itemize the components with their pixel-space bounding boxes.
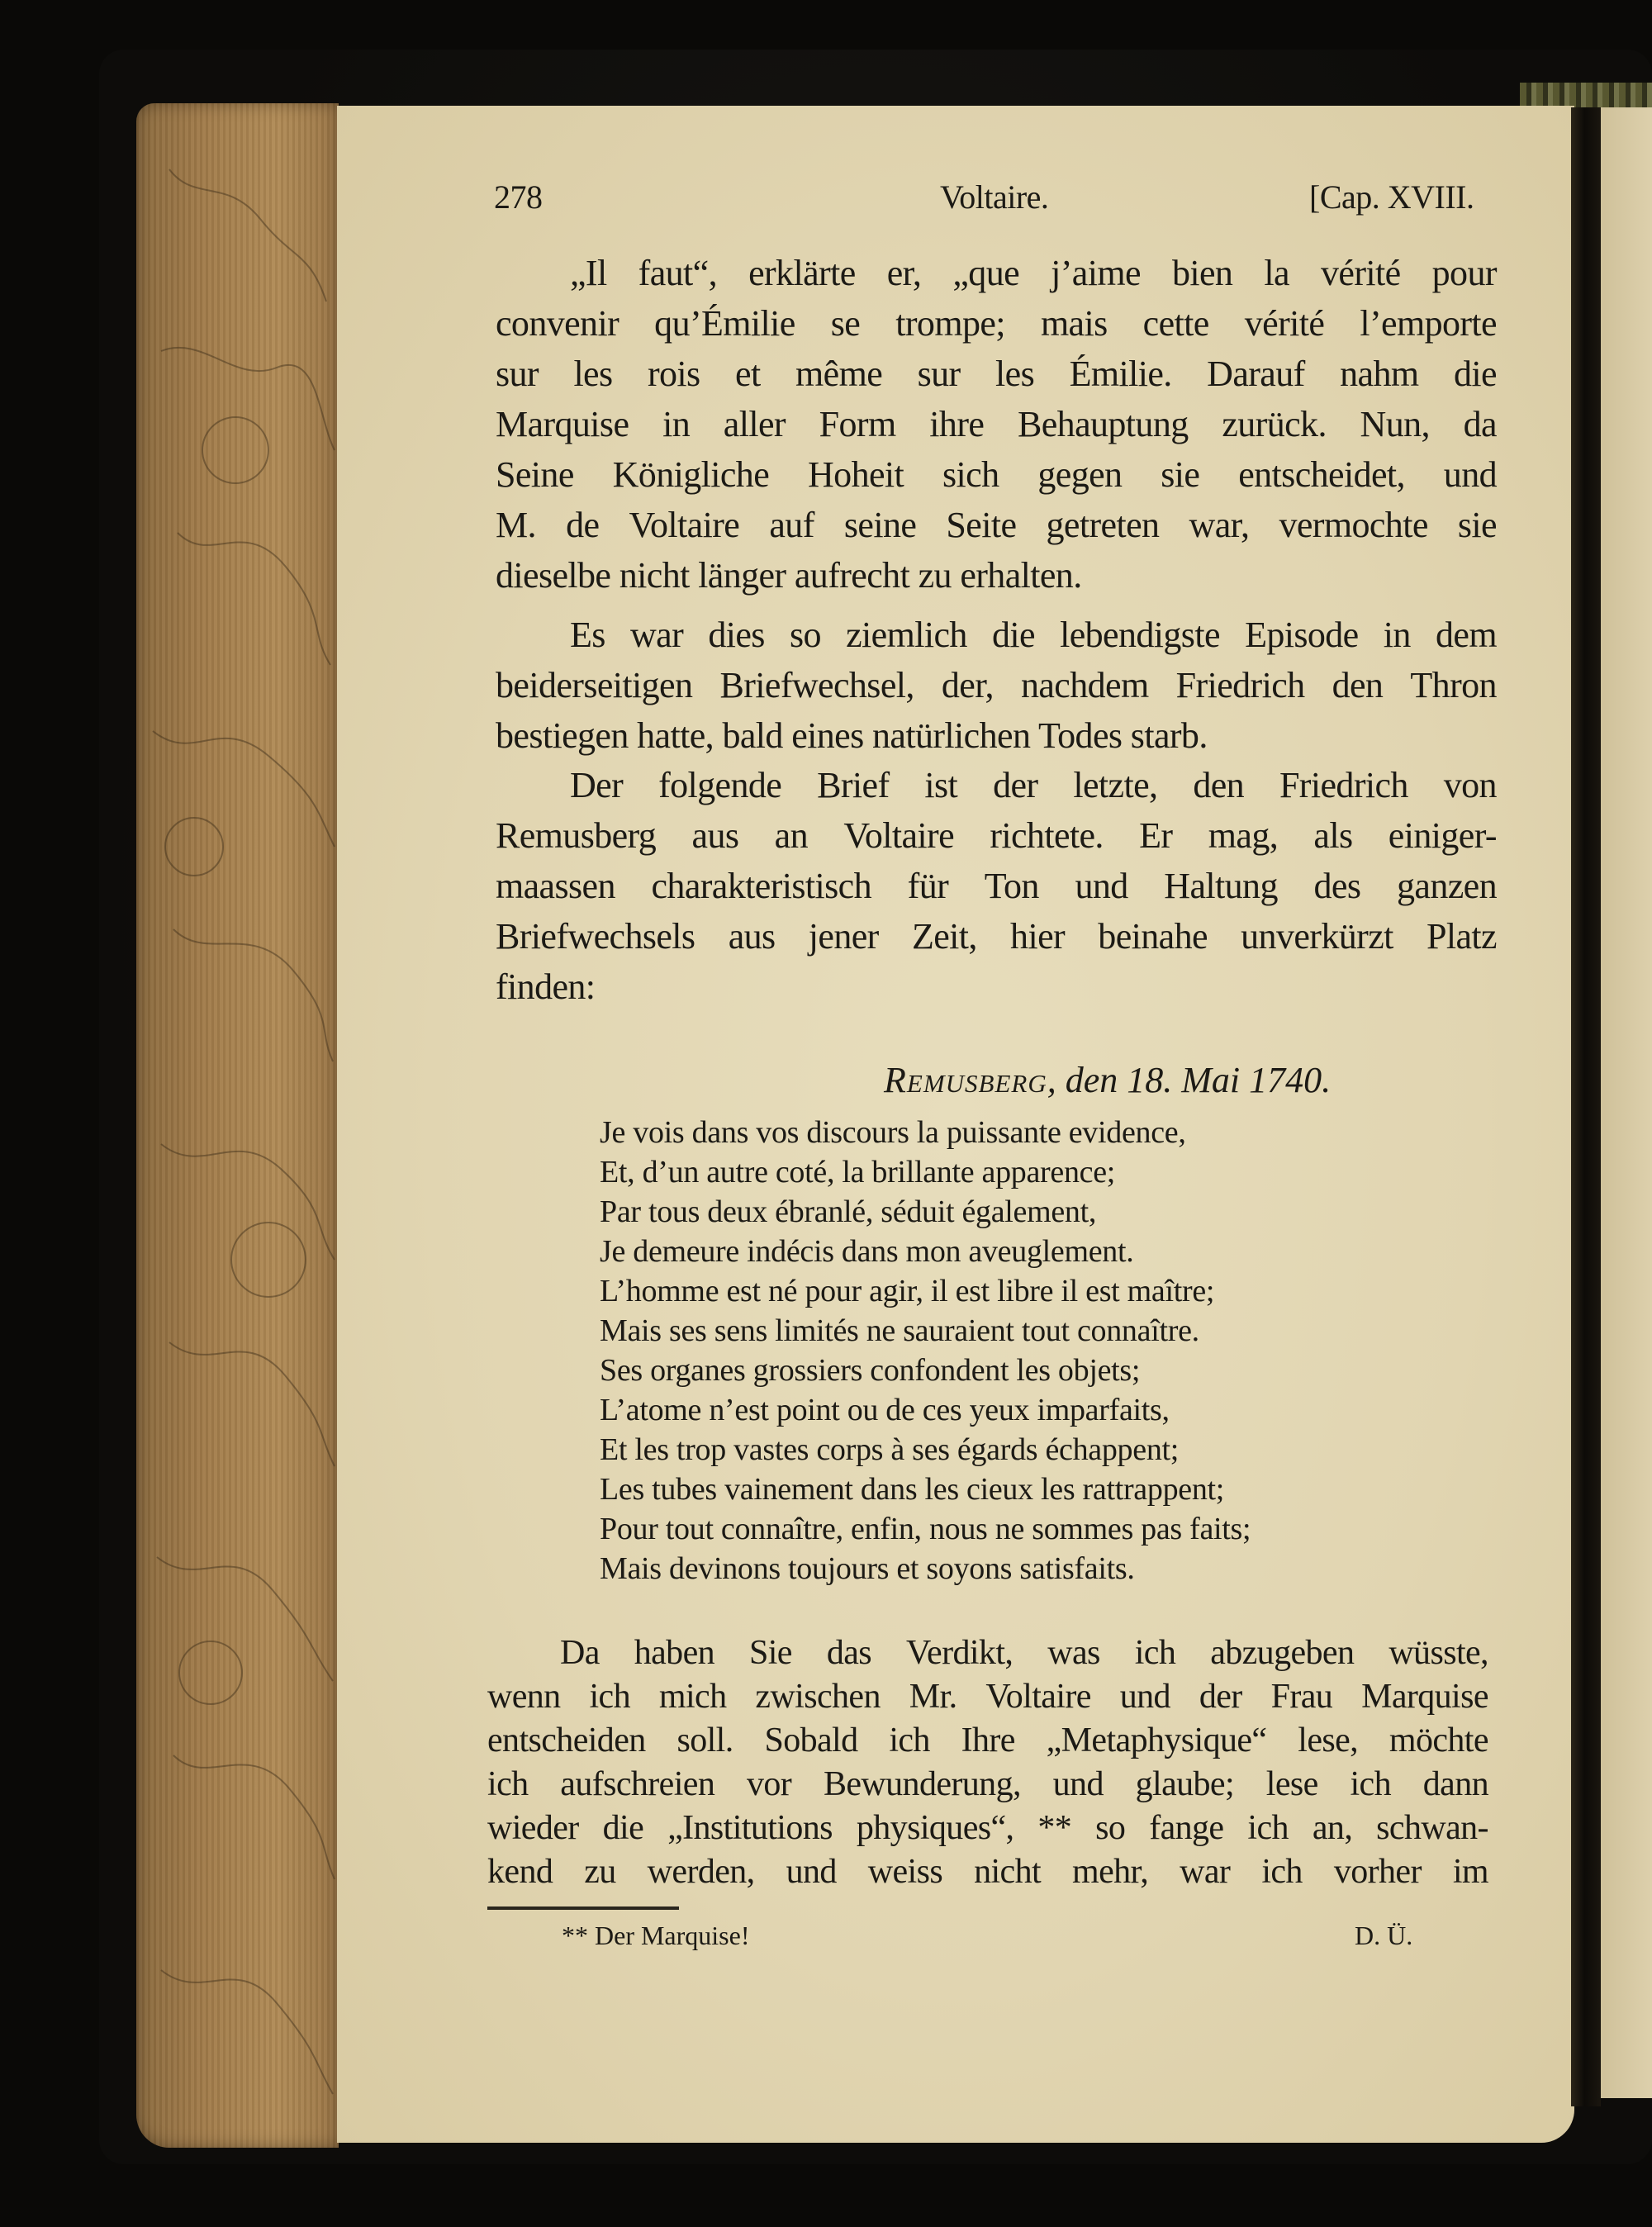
text-line: EswardiessoziemlichdielebendigsteEpisode… xyxy=(496,610,1497,660)
text-line: M.deVoltaireaufseineSeitegetretenwar,ver… xyxy=(496,500,1497,550)
text-line: convenirqu’Émiliesetrompe;maiscettevérit… xyxy=(496,298,1497,349)
verse-line: Et, d’un autre coté, la brillante appare… xyxy=(600,1152,1251,1192)
letter-dateline: Remusberg, den 18. Mai 1740. xyxy=(884,1059,1331,1101)
text-line: beiderseitigenBriefwechsel,der,nachdemFr… xyxy=(496,660,1497,710)
text-line: maassencharakteristischfürTonundHaltungd… xyxy=(496,861,1497,911)
verse-line: Ses organes grossiers confondent les obj… xyxy=(600,1351,1251,1390)
verse-line: L’atome n’est point ou de ces yeux impar… xyxy=(600,1390,1251,1430)
text-line: DahabenSiedasVerdikt,wasichabzugebenwüss… xyxy=(487,1631,1488,1675)
text-line: kendzuwerden,undweissnichtmehr,warichvor… xyxy=(487,1850,1488,1894)
verse-line: Je vois dans vos discours la puissante e… xyxy=(600,1113,1251,1152)
footnote-text: ** Der Marquise! xyxy=(562,1921,749,1951)
paragraph-3: DerfolgendeBriefistderletzte,denFriedric… xyxy=(496,760,1497,1012)
paragraph-1: „Ilfaut“,erklärteer,„quej’aimebienlavéri… xyxy=(496,248,1497,601)
text-line: wiederdie„Institutionsphysiques“,**sofan… xyxy=(487,1807,1488,1850)
verse-line: Mais ses sens limités ne sauraient tout … xyxy=(600,1311,1251,1351)
verse-line: Les tubes vainement dans les cieux les r… xyxy=(600,1470,1251,1509)
verse-line: Et les trop vastes corps à ses égards éc… xyxy=(600,1430,1251,1470)
book-gutter xyxy=(1571,107,1601,2106)
verse-line: L’homme est né pour agir, il est libre i… xyxy=(600,1271,1251,1311)
text-line: DerfolgendeBriefistderletzte,denFriedric… xyxy=(496,760,1497,810)
paragraph-4: DahabenSiedasVerdikt,wasichabzugebenwüss… xyxy=(487,1631,1488,1894)
text-line: RemusbergausanVoltairerichtete.Ermag,als… xyxy=(496,810,1497,861)
verse-line: Je demeure indécis dans mon aveuglement. xyxy=(600,1232,1251,1271)
book-headband xyxy=(1520,83,1652,107)
text-line: finden: xyxy=(496,962,1497,1012)
dateline-place: Remusberg xyxy=(884,1060,1047,1100)
text-line: BriefwechselsausjenerZeit,hierbeinaheunv… xyxy=(496,911,1497,962)
paragraph-2: EswardiessoziemlichdielebendigsteEpisode… xyxy=(496,610,1497,761)
verse-line: Pour tout connaître, enfin, nous ne somm… xyxy=(600,1509,1251,1549)
verse-block: Je vois dans vos discours la puissante e… xyxy=(600,1113,1251,1588)
text-line: SeineKöniglicheHoheitsichgegensieentsche… xyxy=(496,449,1497,500)
text-line: ichaufschreienvorBewunderung,undglaube;l… xyxy=(487,1763,1488,1807)
text-line: entscheidensoll.SobaldichIhre„Metaphysiq… xyxy=(487,1719,1488,1763)
text-line: MarquiseinallerFormihreBehauptungzurück.… xyxy=(496,399,1497,449)
verse-line: Par tous deux ébranlé, séduit également, xyxy=(600,1192,1251,1232)
text-line: bestiegen hatte, bald eines natürlichen … xyxy=(496,710,1497,761)
text-line: „Ilfaut“,erklärteer,„quej’aimebienlavéri… xyxy=(496,248,1497,298)
footnote-signature: D. Ü. xyxy=(1355,1921,1412,1951)
facing-page-edge xyxy=(1601,107,1652,2098)
footnote-rule xyxy=(487,1906,679,1910)
text-line: wennichmichzwischenMr.VoltaireundderFrau… xyxy=(487,1675,1488,1719)
chapter-marker: [Cap. XVIII. xyxy=(1309,178,1474,216)
dateline-date: , den 18. Mai 1740. xyxy=(1047,1060,1331,1100)
page-number: 278 xyxy=(494,178,543,216)
text-line: surlesroisetmêmesurlesÉmilie.Daraufnahmd… xyxy=(496,349,1497,399)
marbled-page-edge xyxy=(136,103,339,2148)
running-title: Voltaire. xyxy=(940,178,1048,216)
marbling-pattern-icon xyxy=(136,103,339,2148)
verse-line: Mais devinons toujours et soyons satisfa… xyxy=(600,1549,1251,1588)
text-line: dieselbe nicht länger aufrecht zu erhalt… xyxy=(496,550,1497,601)
